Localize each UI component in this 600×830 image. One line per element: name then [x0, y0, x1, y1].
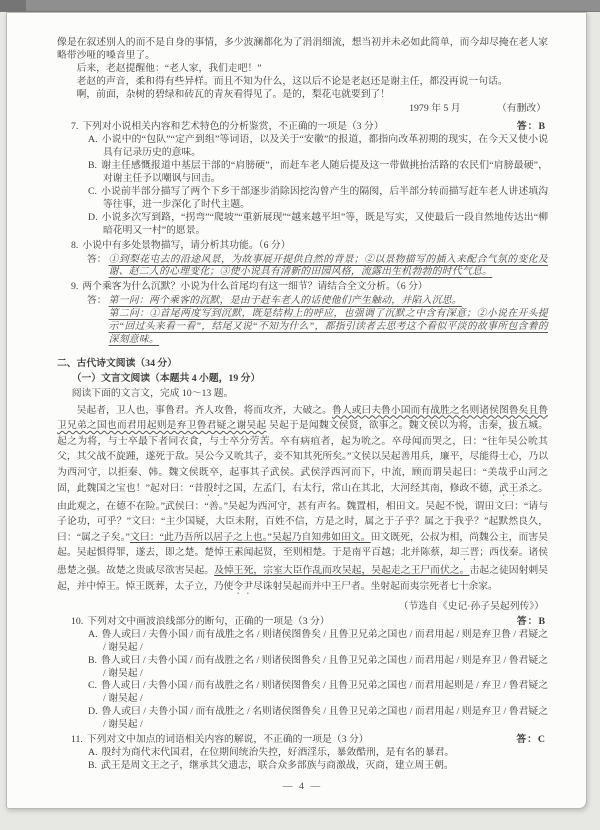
option-label: B. — [88, 655, 97, 666]
option-label: A. — [88, 747, 98, 758]
question-11-stem: 11.下列对文中加点的词语相关内容的解说，不正确的一项是（3 分） 答：C — [57, 734, 548, 747]
answer-prefix: 答： — [87, 295, 107, 308]
question-stem-text: 两个乘客为什么沉默？小说为什么首尾均有这一细节？请结合全文分析。（6 分） — [82, 281, 427, 292]
option-text: 鲁人或曰 / 夫鲁小国 / 而有战胜之名 / 则诸侯图鲁矣 / 且鲁卫兄弟之国也… — [102, 629, 548, 653]
passage-segment-dotted-term: 令尹 — [233, 581, 253, 592]
passage-segment-dotted-term: 殷纣 — [204, 483, 224, 494]
question-10-answer-key: 答：B — [533, 616, 546, 629]
question-stem-text: 下列对文中画波浪线部分的断句，正确的一项是（3 分） — [87, 616, 329, 627]
reading-instruction: 阅读下面的文言文，完成 10～13 题。 — [57, 388, 548, 401]
story-date-line: 1979 年 5 月 （有删改） — [57, 103, 546, 116]
passage-segment-underlined: 及悼王死，宗室大臣作乱而攻吴起，吴起走之王尸而伏之。 — [214, 565, 469, 576]
question-11-option-a: A.殷纣为商代末代国君，在位期间统治失控，好酒淫乐，暴敛酷刑，是有名的暴君。 — [57, 747, 548, 760]
scanner-edge-strip — [0, 0, 600, 12]
option-text: 小说前半部分描写了两个下乡干部逐步消除因挖沟曾产生的隔阂，后半部分转而描写赶车老… — [101, 186, 548, 210]
option-text: 鲁人或曰 / 夫鲁小国 / 而有战胜之名 / 则诸侯图鲁矣 / 且鲁卫兄弟之国也… — [101, 655, 548, 679]
page-number: — 4 — — [57, 781, 548, 794]
story-paragraph-continuation: 像是在叙述别人的而不是自身的事情，多少波澜都化为了涓涓细流，想当初并未必如此简单… — [57, 37, 548, 63]
question-11-answer-key: 答：C — [532, 734, 546, 747]
question-10-stem: 10.下列对文中画波浪线部分的断句，正确的一项是（3 分） 答：B — [57, 616, 548, 629]
question-10-option-c: C.鲁人或曰 / 夫鲁小国 / 而有战胜之名 / 则诸侯图鲁矣 / 且鲁卫兄弟之… — [57, 680, 548, 706]
option-label: A. — [88, 629, 98, 640]
passage-segment-dotted-term: 三晋 — [460, 547, 480, 558]
question-11-option-b: B.武王是周文王之子，继承其父遗志，联合众多部族与商激战，灭商，建立周王朝。 — [57, 760, 548, 773]
question-stem-text: 小说中有多处景物描写，请分析其功能。（6 分） — [82, 240, 290, 251]
passage-segment: 之国，左孟门，右太行，常山在其北，大河经其南，修政不德， — [223, 483, 499, 494]
option-text: 谢主任感慨报道中基层干部的“肩膀硬”，而赶车老人随后提及这一带做挑抬活路的农民们… — [101, 160, 548, 184]
question-10-option-b: B.鲁人或曰 / 夫鲁小国 / 而有战胜之名 / 则诸侯图鲁矣 / 且鲁卫兄弟之… — [57, 655, 548, 681]
question-stem-text: 下列对小说相关内容和艺术特色的分析鉴赏，不正确的一项是（3 分） — [82, 121, 383, 132]
option-label: C. — [88, 186, 97, 197]
exam-paper-page: 像是在叙述别人的而不是自身的事情，多少波澜都化为了涓涓细流，想当初并未必如此简单… — [6, 12, 587, 809]
page-content: 像是在叙述别人的而不是自身的事情，多少波澜都化为了涓涓细流，想当初并未必如此简单… — [7, 13, 586, 808]
story-paragraph: 后来，老赵提醒他：“老人家，我们走吧！” — [57, 63, 548, 76]
option-text: 小说中的“包队”“定产到组”等词语，以及关于“安徽”的报道，都指向改革初期的现实… — [102, 134, 548, 158]
question-number: 7. — [71, 121, 78, 132]
question-number: 10. — [71, 616, 83, 627]
option-label: B. — [88, 160, 97, 171]
story-paragraph: 啊，前面，杂树的碧绿和砖瓦的青灰看得见了。是的，梨花屯就要到了！ — [57, 89, 548, 102]
option-text: 小说多次写到路，“拐弯”“爬坡”“重新展现”“越来越平坦”等，既是写实，又使最后… — [102, 212, 548, 236]
question-8-answer: 答： ①到梨花屯去的沿途风景，为故事展开提供自然的背景；②以景物描写的插入来配合… — [57, 254, 548, 280]
question-9-answer: 答： 第一问：两个乘客的沉默，是由于赶车老人的话使他们产生触动，并陷入沉思。 第… — [57, 295, 548, 347]
option-text: 鲁人或曰 / 夫鲁小国 / 而有战胜之名 / 则诸侯图鲁矣 / 且鲁卫兄弟之国也… — [101, 680, 548, 704]
question-number: 8. — [71, 240, 78, 251]
option-label: D. — [88, 212, 98, 223]
section-2-title: 二、古代诗文阅读（34 分） — [57, 358, 548, 371]
question-10-option-d: D.鲁人或曰 / 夫鲁小国 / 而有战胜之 / 名则诸侯图鲁矣 / 且鲁卫兄弟之… — [57, 706, 548, 732]
question-7-option-b: B.谢主任感慨报道中基层干部的“肩膀硬”，而赶车老人随后提及这一带做挑抬活路的农… — [57, 160, 548, 186]
handwritten-answer-block: 第一问：两个乘客的沉默，是由于赶车老人的话使他们产生触动，并陷入沉思。 第二问：… — [109, 295, 548, 347]
question-7-option-d: D.小说多次写到路，“拐弯”“爬坡”“重新展现”“越来越平坦”等，既是写实，又使… — [57, 212, 548, 238]
story-paragraph: 老赵的声音，柔和得有些异样。而且不知为什么，这以后不论是老赵还是谢主任，都没再说… — [57, 76, 548, 89]
question-7-answer-key: 答：B — [533, 121, 546, 134]
passage-segment-underlined: 文曰：“此乃吾所以居子之上也。”吴起乃自知弗如田文。 — [130, 532, 371, 543]
passage-segment: 吴起者，卫人也，事鲁君。齐人攻鲁，将而攻齐，大破之。 — [77, 405, 332, 416]
option-label: C. — [88, 680, 97, 691]
question-7-option-a: A.小说中的“包队”“定产到组”等词语，以及关于“安徽”的报道，都指向改革初期的… — [57, 134, 548, 160]
question-8-stem: 8.小说中有多处景物描写，请分析其功能。（6 分） — [57, 240, 548, 253]
story-date: 1979 年 5 月 — [409, 103, 460, 114]
passage-source-citation: （节选自《史记·孙子吴起列传》） — [57, 600, 544, 614]
story-edit-note: （有删改） — [497, 103, 546, 114]
option-label: A. — [88, 134, 98, 145]
classical-passage: 吴起者，卫人也，事鲁君。齐人攻鲁，将而攻齐，大破之。鲁人或曰夫鲁小国而有战胜之名… — [57, 403, 548, 597]
passage-segment: 尽诛射吴起而并中王尸者。坐射起而夷宗死者七十余家。 — [253, 581, 498, 592]
question-10-option-a: A.鲁人或曰 / 夫鲁小国 / 而有战胜之名 / 则诸侯图鲁矣 / 且鲁卫兄弟之… — [57, 629, 548, 655]
section-2-subtitle: （一）文言文阅读（本题共 4 小题，19 分） — [57, 373, 548, 386]
question-number: 11. — [71, 734, 83, 745]
question-7-option-c: C.小说前半部分描写了两个下乡干部逐步消除因挖沟曾产生的隔阂，后半部分转而描写赶… — [57, 186, 548, 212]
answer-prefix: 答： — [87, 254, 107, 267]
handwritten-answer-text: 第一问：两个乘客的沉默，是由于赶车老人的话使他们产生触动，并陷入沉思。 — [109, 295, 548, 308]
question-9-stem: 9.两个乘客为什么沉默？小说为什么首尾均有这一细节？请结合全文分析。（6 分） — [57, 281, 548, 294]
passage-segment-dotted-term: 武王 — [499, 483, 519, 494]
option-label: D. — [88, 706, 98, 717]
question-number: 9. — [71, 281, 78, 292]
scanner-edge-corner — [0, 0, 26, 11]
option-label: B. — [88, 760, 97, 771]
question-stem-text: 下列对文中加点的词语相关内容的解说，不正确的一项是（3 分） — [87, 734, 369, 745]
option-text: 殷纣为商代末代国君，在位期间统治失控，好酒淫乐，暴敛酷刑，是有名的暴君。 — [102, 747, 455, 758]
handwritten-answer-text: ①到梨花屯去的沿途风景，为故事展开提供自然的背景；②以景物描写的插入来配合气氛的… — [109, 254, 548, 280]
handwritten-answer-text: 第二问：①首尾两度写到沉默，既是结构上的呼应，也强调了沉默之中含有深意；②小说在… — [109, 308, 548, 347]
question-7-stem: 7.下列对小说相关内容和艺术特色的分析鉴赏，不正确的一项是（3 分） 答：B — [57, 121, 548, 134]
option-text: 鲁人或曰 / 夫鲁小国 / 而有战胜之 / 名则诸侯图鲁矣 / 且鲁卫兄弟之国也… — [102, 706, 548, 730]
option-text: 武王是周文王之子，继承其父遗志，联合众多部族与商激战，灭商，建立周王朝。 — [101, 760, 454, 771]
